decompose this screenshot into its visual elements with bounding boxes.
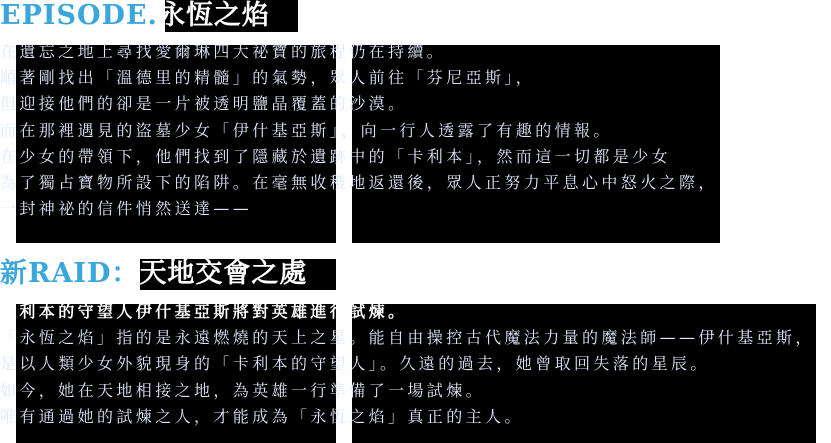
story-line: 但迎接他們的卻是一片被透明鹽晶覆蓋的沙漠。	[0, 91, 718, 117]
story-line: 順著剛找出「溫德里的精髓」的氣勢，眾人前往「芬尼亞斯」，	[0, 65, 718, 91]
story-line: 在少女的帶領下，他們找到了隱藏於遺跡中的「卡利本」，然而這一切都是少女	[0, 144, 718, 170]
story-line: 而在那裡遇見的盜墓少女「伊什基亞斯」，向一行人透露了有趣的情報。	[0, 118, 718, 144]
episode-title-prefix: EPISODE.	[0, 0, 158, 31]
raid-title-prefix: 新RAID：	[0, 258, 139, 289]
episode-title-main: 永恆之焰	[158, 0, 270, 31]
raid-line-headline: 卡利本的守望人伊什基亞斯將對英雄進行試煉。	[0, 299, 815, 325]
episode-title: EPISODE.永恆之焰	[0, 0, 270, 32]
story-line: 為了獨占寶物所設下的陷阱。在毫無收穫地返還後，眾人正努力平息心中怒火之際，	[0, 170, 718, 196]
raid-line: 「永恆之焰」指的是永遠燃燒的天上之星。能自由操控古代魔法力量的魔法師——伊什基亞…	[0, 325, 815, 351]
raid-line: 如今，她在天地相接之地，為英雄一行準備了一場試煉。	[0, 378, 815, 404]
raid-line: 是以人類少女外貌現身的「卡利本的守望人」。久遠的過去，她曾取回失落的星辰。	[0, 351, 815, 377]
raid-line: 唯有通過她的試煉之人，才能成為「永恆之焰」真正的主人。	[0, 404, 815, 430]
story-line: 一封神祕的信件悄然送達——	[0, 196, 718, 222]
raid-title: 新RAID：天地交會之處	[0, 258, 307, 290]
raid-description: 卡利本的守望人伊什基亞斯將對英雄進行試煉。 「永恆之焰」指的是永遠燃燒的天上之星…	[0, 299, 815, 430]
story-line: 在遺忘之地上尋找愛爾琳四大祕寶的旅程仍在持續。	[0, 39, 718, 65]
episode-story: 在遺忘之地上尋找愛爾琳四大祕寶的旅程仍在持續。 順著剛找出「溫德里的精髓」的氣勢…	[0, 39, 718, 222]
raid-title-main: 天地交會之處	[139, 258, 307, 289]
